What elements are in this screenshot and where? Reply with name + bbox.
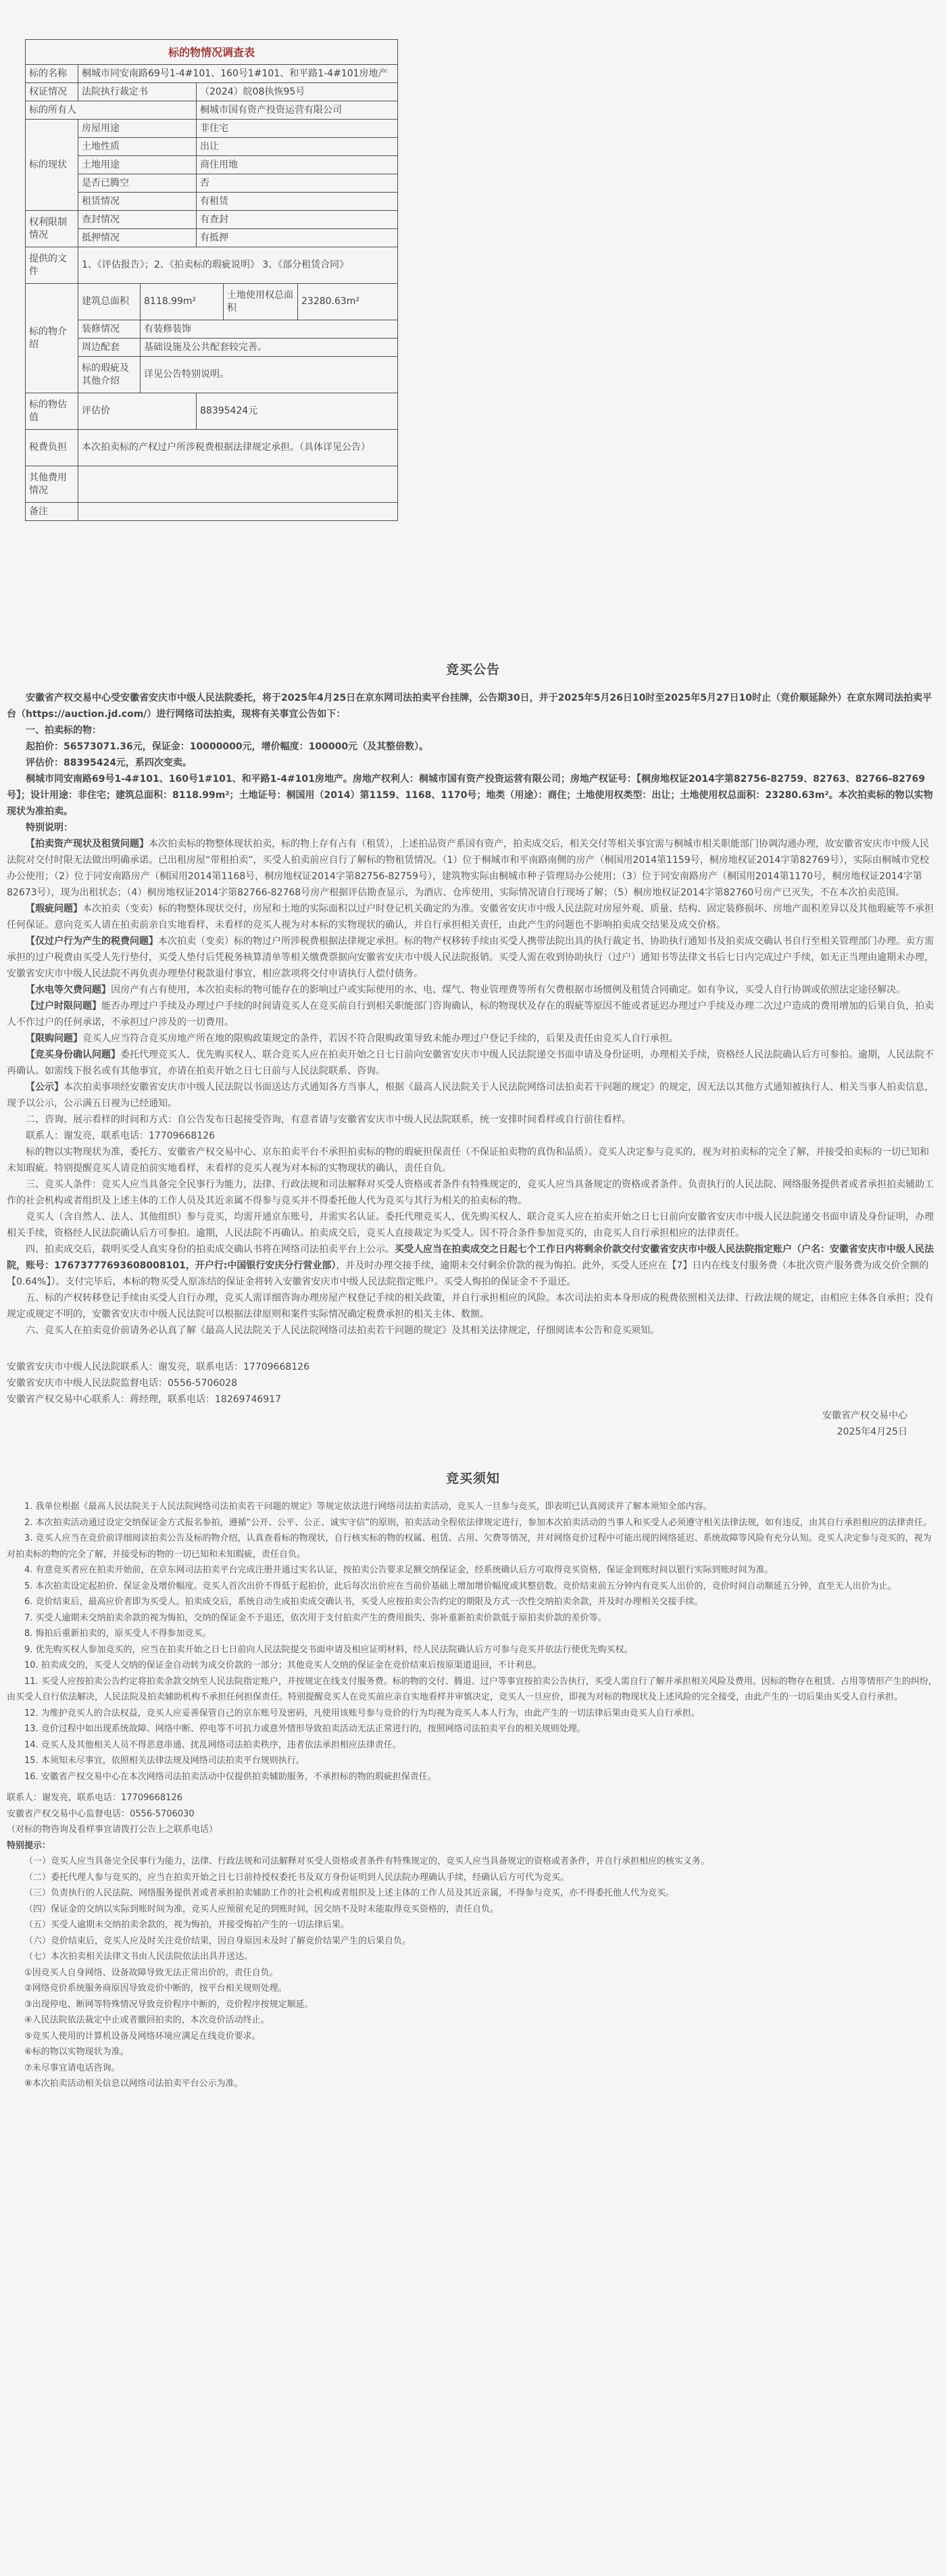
text-segment: 安徽省安庆市中级人民法院监督电话：0556-5706028 xyxy=(7,1378,237,1389)
paragraph: （对标的物咨询及看样事宜请拨打公告上之联系电话） xyxy=(7,1822,938,1838)
text-segment: 三、竞买人条件：竞买人应当具备完全民事行为能力，法律、行政法规和司法解释对买受人… xyxy=(7,1179,934,1206)
eval-value: 88395424元 xyxy=(197,393,398,430)
surrounding-label: 周边配套 xyxy=(78,339,141,357)
docs-value: 1、《评估报告》；2、《拍卖标的瑕疵说明》 3、《部分租赁合同》 xyxy=(78,247,398,284)
status-label: 土地用途 xyxy=(78,156,197,174)
text-segment: 五、标的产权转移登记手续由买受人自行办理，竞买人需详细咨询办理房屋产权登记手续的… xyxy=(7,1293,934,1320)
status-value: 有租赁 xyxy=(197,193,398,211)
eval-label: 评估价 xyxy=(78,393,197,430)
text-segment: ⑦未尽事宜请电话咨询。 xyxy=(24,2063,120,2073)
text-segment: 特别说明： xyxy=(26,822,73,833)
paragraph: 5. 本次拍卖设定起拍价、保证金及增价幅度。竞买人首次出价不得低于起拍价，此后每… xyxy=(7,1579,938,1595)
paragraph: 安徽省产权交易中心受安徽省安庆市中级人民法院委托，将于2025年4月25日在京东… xyxy=(7,690,938,722)
paragraph: 【仅过户行为产生的税费问题】本次拍卖（变卖）标的物过户所涉税费根据法律规定承担。… xyxy=(7,933,938,982)
text-segment: （五）买受人逾期未交纳拍卖余款的，视为悔拍，并接受悔拍产生的一切法律后果。 xyxy=(24,1920,349,1930)
paragraph: 3. 竞买人应当在竞价前详细阅读拍卖公告及标的物介绍，认真查看标的物现状，自行核… xyxy=(7,1531,938,1562)
area-label: 建筑总面积 xyxy=(78,284,141,320)
text-segment: 11. 买受人应按拍卖公告约定将拍卖余款交纳至人民法院指定账户，并按规定在线支付… xyxy=(7,1677,937,1703)
paragraph: 10. 拍卖成交的，买受人交纳的保证金自动转为成交价款的一部分；其他竞买人交纳的… xyxy=(7,1658,938,1674)
paragraph: 联系人：谢发亮，联系电话：17709668126 xyxy=(7,1128,938,1144)
paragraph: 安徽省安庆市中级人民法院监督电话：0556-5706028 xyxy=(7,1375,938,1391)
text-segment: （七）本次拍卖相关法律文书由人民法院依法出具并送达。 xyxy=(24,1952,253,1962)
text-segment: 起拍价：56573071.36元，保证金：10000000元，增价幅度：1000… xyxy=(26,741,428,752)
status-value: 商住用地 xyxy=(197,156,398,174)
remark-label: 备注 xyxy=(26,503,78,521)
cert-type: 法院执行裁定书 xyxy=(78,83,197,101)
paragraph: 8. 悔拍后重新拍卖的，原买受人不得参加竞买。 xyxy=(7,1626,938,1642)
rights-value: 有查封 xyxy=(197,211,398,229)
paragraph: ②网络竞价系统服务商原因导致竞价中断的，按平台相关规则处理。 xyxy=(7,1981,938,1997)
text-segment: ③出现停电、断网等特殊情况导致竞价程序中断的，竞价程序按规定顺延。 xyxy=(24,2000,314,2010)
paragraph: 【限购问题】竞买人应当符合竞买房地产所在地的限购政策规定的条件，若因不符合限购政… xyxy=(7,1031,938,1047)
paragraph: 2. 本次拍卖活动通过设定交纳保证金方式报名参拍，遵循“公开、公平、公正、诚实守… xyxy=(7,1515,938,1531)
text-segment: （三）负责执行的人民法院、网络服务提供者或者承担拍卖辅助工作的社会机构或者组织及… xyxy=(24,1888,674,1898)
paragraph: 4. 有意竞买者应在拍卖开始前，在京东网司法拍卖平台完成注册并通过实名认证，按拍… xyxy=(7,1562,938,1579)
paragraph: 六、竞买人在拍卖竞价前请务必认真了解《最高人民法院关于人民法院网络司法拍卖若干问… xyxy=(7,1322,938,1339)
owner-label: 标的所有人 xyxy=(26,101,197,120)
paragraph: 【竞买身份确认问题】委托代理竞买人、优先购买权人、联合竞买人应在拍卖开始之日七日… xyxy=(7,1047,938,1079)
paragraph: 【水电等欠费问题】因房产有占有使用，本次拍卖标的物可能存在的影响过户或实际使用的… xyxy=(7,982,938,998)
paragraph: 16. 安徽省产权交易中心在本次网络司法拍卖活动中仅提供拍卖辅助服务，不承担标的… xyxy=(7,1769,938,1785)
area-value: 8118.99m² xyxy=(141,284,224,320)
text-segment: （四）保证金的交纳以实际到账时间为准，竞买人应预留充足的到账时间，因交纳不及时未… xyxy=(24,1904,499,1914)
notice-body: 1. 我单位根据《最高人民法院关于人民法院网络司法拍卖若干问题的规定》等规定依法… xyxy=(0,1499,946,2092)
remark-value xyxy=(78,503,398,521)
text-segment: 9. 优先购买权人参加竞买的，应当在拍卖开始之日七日前向人民法院提交书面申请及相… xyxy=(24,1645,633,1655)
table-title: 标的物情况调查表 xyxy=(26,40,398,65)
text-segment: 安徽省安庆市中级人民法院联系人：谢发亮，联系电话：17709668126 xyxy=(7,1362,309,1372)
text-segment: 2025年4月25日 xyxy=(837,1427,907,1437)
text-segment: 安徽省产权交易中心 xyxy=(822,1410,907,1421)
paragraph: （二）委托代理人参与竞买的，应当在拍卖开始之日七日前持授权委托书及双方身份证明到… xyxy=(7,1870,938,1886)
text-segment: 12. 为维护竞买人的合法权益，竞买人应妥善保管自己的京东账号及密码，凡使用该账… xyxy=(24,1708,700,1718)
text-segment: 评估价：88395424元，系四次变卖。 xyxy=(26,758,192,768)
paragraph: ⑦未尽事宜请电话咨询。 xyxy=(7,2060,938,2077)
paragraph: 三、竞买人条件：竞买人应当具备完全民事行为能力，法律、行政法规和司法解释对买受人… xyxy=(7,1176,938,1209)
text-segment: 本次拍卖事项经安徽省安庆市中级人民法院以书面送达方式通知各方当事人，根据《最高人… xyxy=(7,1082,934,1109)
status-value: 出让 xyxy=(197,138,398,156)
defect-label: 标的瑕疵及其他介绍 xyxy=(78,357,141,393)
paragraph: ④人民法院依法裁定中止或者撤回拍卖的，本次竞价活动终止。 xyxy=(7,2012,938,2029)
text-segment: 【拍卖资产现状及租赁问题】 xyxy=(26,839,149,849)
paragraph: 【瑕疵问题】本次拍卖（变卖）标的物整体现状交付，房屋和土地的实际面积以过户时登记… xyxy=(7,901,938,933)
text-segment: ⑧本次拍卖活动相关信息以网络司法拍卖平台公示为准。 xyxy=(24,2079,243,2089)
text-segment: 【瑕疵问题】 xyxy=(26,903,82,914)
status-value: 否 xyxy=(197,174,398,193)
land-value: 23280.63m² xyxy=(298,284,398,320)
intro-group-label: 标的物介绍 xyxy=(26,284,78,393)
text-segment: 6. 竞价结束后，最高应价者即为买受人。拍卖成交后，系统自动生成拍卖成交确认书，… xyxy=(24,1597,703,1607)
paragraph: ⑥标的物以实物现状为准。 xyxy=(7,2044,938,2060)
paragraph: （五）买受人逾期未交纳拍卖余款的，视为悔拍，并接受悔拍产生的一切法律后果。 xyxy=(7,1917,938,1933)
status-group-label: 标的现状 xyxy=(26,120,78,211)
text-segment: ④人民法院依法裁定中止或者撤回拍卖的，本次竞价活动终止。 xyxy=(24,2015,270,2025)
paragraph: （一）竞买人应当具备完全民事行为能力，法律、行政法规和司法解释对买受人资格或者条… xyxy=(7,1854,938,1870)
paragraph: 标的物以实物现状为准，委托方、安徽省产权交易中心、京东拍卖平台不承担拍卖标的物的… xyxy=(7,1144,938,1176)
section-spacer xyxy=(0,521,946,660)
cert-label: 权证情况 xyxy=(26,83,78,101)
paragraph: 【拍卖资产现状及租赁问题】本次拍卖标的物整体现状拍卖，标的物上存有占有（租赁），… xyxy=(7,836,938,901)
paragraph: 7. 买受人逾期未交纳拍卖余款的视为悔拍，交纳的保证金不予退还，依次用于支付拍卖… xyxy=(7,1610,938,1627)
paragraph: 1. 我单位根据《最高人民法院关于人民法院网络司法拍卖若干问题的规定》等规定依法… xyxy=(7,1499,938,1515)
text-segment: 联系人：谢发亮，联系电话：17709668126 xyxy=(7,1793,182,1803)
paragraph: 13. 竞价过程中如出现系统故障、网络中断、停电等不可抗力或意外情形导致拍卖活动… xyxy=(7,1721,938,1737)
cert-no: （2024）皖08执恢95号 xyxy=(197,83,398,101)
text-segment: 5. 本次拍卖设定起拍价、保证金及增价幅度。竞买人首次出价不得低于起拍价，此后每… xyxy=(24,1581,897,1591)
paragraph: 特别提示： xyxy=(7,1838,938,1854)
paragraph: （四）保证金的交纳以实际到账时间为准，竞买人应预留充足的到账时间，因交纳不及时未… xyxy=(7,1902,938,1918)
subject-info-table: 标的物情况调查表 标的名称 桐城市同安南路69号1-4#101、160号1#10… xyxy=(25,39,398,521)
notice-title: 竞买须知 xyxy=(0,1468,946,1487)
decor-label: 装修情况 xyxy=(78,320,141,339)
paragraph: ①因竞买人自身网络、设备故障导致无法正常出价的，责任自负。 xyxy=(7,1965,938,1981)
paragraph: ⑤竞买人使用的计算机设备及网络环境应满足在线竞价要求。 xyxy=(7,2029,938,2045)
tax-label: 税费负担 xyxy=(26,430,78,466)
text-segment: 【公示】 xyxy=(26,1082,64,1093)
paragraph: （六）竞价结束后，竞买人应及时关注竞价结果，因自身原因未及时了解竞价结果产生的后… xyxy=(7,1933,938,1950)
text-segment: 委托代理竞买人、优先购买权人、联合竞买人应在拍卖开始之日七日前向安徽省安庆市中级… xyxy=(7,1049,934,1076)
section-spacer xyxy=(0,1440,946,1468)
auction-page: 标的物情况调查表 标的名称 桐城市同安南路69号1-4#101、160号1#10… xyxy=(0,0,946,2092)
text-segment: 【仅过户行为产生的税费问题】 xyxy=(26,936,158,947)
docs-label: 提供的文件 xyxy=(26,247,78,284)
tax-value: 本次拍卖标的产权过户所涉税费根据法律规定承担。（具体详见公告） xyxy=(78,430,398,466)
subject-name-value: 桐城市同安南路69号1-4#101、160号1#101、和平路1-4#101房地… xyxy=(78,65,398,83)
status-label: 房屋用途 xyxy=(78,120,197,138)
paragraph: 安徽省产权交易中心 xyxy=(7,1408,938,1424)
text-segment: 一、拍卖标的物： xyxy=(26,725,101,736)
text-segment: （六）竞价结束后，竞买人应及时关注竞价结果，因自身原因未及时了解竞价结果产生的后… xyxy=(24,1936,411,1946)
text-segment: 8. 悔拍后重新拍卖的，原买受人不得参加竞买。 xyxy=(24,1629,211,1639)
text-segment: 16. 安徽省产权交易中心在本次网络司法拍卖活动中仅提供拍卖辅助服务，不承担标的… xyxy=(24,1772,437,1782)
text-segment: 竞买人应当符合竞买房地产所在地的限购政策规定的条件，若因不符合限购政策导致未能办… xyxy=(82,1033,678,1044)
status-label: 租赁情况 xyxy=(78,193,197,211)
text-segment: 六、竞买人在拍卖竞价前请务必认真了解《最高人民法院关于人民法院网络司法拍卖若干问… xyxy=(26,1325,659,1336)
paragraph: 四、拍卖成交后，载明买受人真实身份的拍卖成交确认书将在网络司法拍卖平台上公示。买… xyxy=(7,1241,938,1290)
text-segment: 安徽省产权交易中心受安徽省安庆市中级人民法院委托，将于2025年4月25日在京东… xyxy=(7,693,932,720)
paragraph: 安徽省产权交易中心监督电话：0556-5706030 xyxy=(7,1806,938,1823)
text-segment: 14. 竞买人及其他相关人员不得恶意串通、扰乱网络司法拍卖秩序，违者依法承担相应… xyxy=(24,1740,401,1750)
text-segment: 【过户时限问题】 xyxy=(26,1001,101,1012)
paragraph: 竞买人（含自然人、法人、其他组织）参与竞买，均需开通京东账号，并需实名认证。委托… xyxy=(7,1209,938,1241)
paragraph: （三）负责执行的人民法院、网络服务提供者或者承担拍卖辅助工作的社会机构或者组织及… xyxy=(7,1885,938,1902)
paragraph: 6. 竞价结束后，最高应价者即为买受人。拍卖成交后，系统自动生成拍卖成交确认书，… xyxy=(7,1594,938,1610)
paragraph xyxy=(7,1339,938,1359)
text-segment: ⑥标的物以实物现状为准。 xyxy=(24,2047,129,2057)
text-segment: 因房产有占有使用，本次拍卖标的物可能存在的影响过户或实际使用的水、电、煤气、物业… xyxy=(111,985,905,995)
text-segment: 四、拍卖成交后，载明买受人真实身份的拍卖成交确认书将在网络司法拍卖平台上公示。 xyxy=(26,1244,395,1255)
text-segment: 3. 竞买人应当在竞价前详细阅读拍卖公告及标的物介绍，认真查看标的物现状，自行核… xyxy=(7,1533,932,1560)
text-segment: 特别提示： xyxy=(7,1841,51,1851)
owner-value: 桐城市国有资产投资运营有限公司 xyxy=(197,101,398,120)
text-segment: 联系人：谢发亮，联系电话：17709668126 xyxy=(26,1131,215,1141)
rights-value: 有抵押 xyxy=(197,229,398,247)
paragraph: 9. 优先购买权人参加竞买的，应当在拍卖开始之日七日前向人民法院提交书面申请及相… xyxy=(7,1642,938,1658)
text-segment: 7. 买受人逾期未交纳拍卖余款的视为悔拍，交纳的保证金不予退还，依次用于支付拍卖… xyxy=(24,1613,607,1623)
text-segment: 1. 我单位根据《最高人民法院关于人民法院网络司法拍卖若干问题的规定》等规定依法… xyxy=(24,1502,712,1512)
paragraph: 15. 本须知未尽事宜，依照相关法律法规及网络司法拍卖平台规则执行。 xyxy=(7,1753,938,1769)
text-segment: （一）竞买人应当具备完全民事行为能力，法律、行政法规和司法解释对买受人资格或者条… xyxy=(24,1856,709,1866)
paragraph: 11. 买受人应按拍卖公告约定将拍卖余款交纳至人民法院指定账户，并按规定在线支付… xyxy=(7,1674,938,1706)
rights-group-label: 权利限制情况 xyxy=(26,211,78,247)
status-label: 是否已腾空 xyxy=(78,174,197,193)
text-segment: 能否办理过户手续及办理过户手续的时间请竞买人在竞买前自行到相关职能部门咨询确认，… xyxy=(7,1001,934,1028)
other-fee-label: 其他费用情况 xyxy=(26,466,78,503)
text-segment: 桐城市同安南路69号1-4#101、160号1#101、和平路1-4#101房地… xyxy=(7,774,933,817)
value-group-label: 标的物估值 xyxy=(26,393,78,430)
decor-value: 有装修装饰 xyxy=(141,320,398,339)
paragraph: 2025年4月25日 xyxy=(7,1424,938,1440)
text-segment: 【竞买身份确认问题】 xyxy=(26,1049,120,1060)
subject-table-section: 标的物情况调查表 标的名称 桐城市同安南路69号1-4#101、160号1#10… xyxy=(0,0,946,521)
text-segment: 本次拍卖（变卖）标的物整体现状交付，房屋和土地的实际面积以过户时登记机关确定的为… xyxy=(7,903,934,931)
defect-value: 详见公告特别说明。 xyxy=(141,357,398,393)
paragraph: （七）本次拍卖相关法律文书由人民法院依法出具并送达。 xyxy=(7,1949,938,1965)
text-segment: （二）委托代理人参与竞买的，应当在拍卖开始之日七日前持授权委托书及双方身份证明到… xyxy=(24,1873,569,1883)
status-value: 非住宅 xyxy=(197,120,398,138)
paragraph: 一、拍卖标的物： xyxy=(7,722,938,739)
text-segment: 竞买人（含自然人、法人、其他组织）参与竞买，均需开通京东账号，并需实名认证。委托… xyxy=(7,1212,934,1239)
text-segment: 2. 本次拍卖活动通过设定交纳保证金方式报名参拍，遵循“公开、公平、公正、诚实守… xyxy=(24,1518,932,1528)
surrounding-value: 基础设施及公共配套较完善。 xyxy=(141,339,398,357)
paragraph: 12. 为维护竞买人的合法权益，竞买人应妥善保管自己的京东账号及密码，凡使用该账… xyxy=(7,1706,938,1722)
text-segment: 二、咨询、展示看样的时间和方式：自公告发布日起接受咨询，有意者请与安徽省安庆市中… xyxy=(26,1114,631,1125)
text-segment: 标的物以实物现状为准，委托方、安徽省产权交易中心、京东拍卖平台不承担拍卖标的物的… xyxy=(7,1147,929,1174)
paragraph: 特别说明： xyxy=(7,820,938,836)
paragraph: ⑧本次拍卖活动相关信息以网络司法拍卖平台公示为准。 xyxy=(7,2076,938,2092)
paragraph: 安徽省产权交易中心联系人：蒋经理，联系电话：18269746917 xyxy=(7,1391,938,1408)
text-segment: 15. 本须知未尽事宜，依照相关法律法规及网络司法拍卖平台规则执行。 xyxy=(24,1756,305,1766)
paragraph: 联系人：谢发亮，联系电话：17709668126 xyxy=(7,1790,938,1806)
announcement-title: 竞买公告 xyxy=(0,660,946,678)
rights-label: 查封情况 xyxy=(78,211,197,229)
paragraph: 14. 竞买人及其他相关人员不得恶意串通、扰乱网络司法拍卖秩序，违者依法承担相应… xyxy=(7,1737,938,1754)
text-segment: ②网络竞价系统服务商原因导致竞价中断的，按平台相关规则处理。 xyxy=(24,1983,287,1993)
land-label: 土地使用权总面积 xyxy=(224,284,298,320)
text-segment: 13. 竞价过程中如出现系统故障、网络中断、停电等不可抗力或意外情形导致拍卖活动… xyxy=(24,1724,586,1734)
announcement-body: 安徽省产权交易中心受安徽省安庆市中级人民法院委托，将于2025年4月25日在京东… xyxy=(0,690,946,1440)
paragraph: 安徽省安庆市中级人民法院联系人：谢发亮，联系电话：17709668126 xyxy=(7,1359,938,1375)
text-segment: 【水电等欠费问题】 xyxy=(26,985,111,995)
paragraph: 评估价：88395424元，系四次变卖。 xyxy=(7,755,938,771)
subject-name-label: 标的名称 xyxy=(26,65,78,83)
text-segment: （对标的物咨询及看样事宜请拨打公告上之联系电话） xyxy=(7,1825,218,1835)
paragraph: ③出现停电、断网等特殊情况导致竞价程序中断的，竞价程序按规定顺延。 xyxy=(7,1997,938,2013)
paragraph: 二、咨询、展示看样的时间和方式：自公告发布日起接受咨询，有意者请与安徽省安庆市中… xyxy=(7,1112,938,1128)
paragraph: 【公示】本次拍卖事项经安徽省安庆市中级人民法院以书面送达方式通知各方当事人，根据… xyxy=(7,1079,938,1112)
paragraph: 【过户时限问题】能否办理过户手续及办理过户手续的时间请竞买人在竞买前自行到相关职… xyxy=(7,998,938,1031)
paragraph: 起拍价：56573071.36元，保证金：10000000元，增价幅度：1000… xyxy=(7,739,938,755)
paragraph: 五、标的产权转移登记手续由买受人自行办理，竞买人需详细咨询办理房屋产权登记手续的… xyxy=(7,1290,938,1322)
paragraph: 桐城市同安南路69号1-4#101、160号1#101、和平路1-4#101房地… xyxy=(7,771,938,820)
text-segment: 安徽省产权交易中心监督电话：0556-5706030 xyxy=(7,1809,195,1819)
status-label: 土地性质 xyxy=(78,138,197,156)
rights-label: 抵押情况 xyxy=(78,229,197,247)
text-segment: ⑤竞买人使用的计算机设备及网络环境应满足在线竞价要求。 xyxy=(24,2031,261,2041)
other-fee-value xyxy=(78,466,398,503)
text-segment: 安徽省产权交易中心联系人：蒋经理，联系电话：18269746917 xyxy=(7,1394,281,1405)
paragraph xyxy=(7,1785,938,1790)
text-segment: 【限购问题】 xyxy=(26,1033,82,1044)
text-segment: ①因竞买人自身网络、设备故障导致无法正常出价的，责任自负。 xyxy=(24,1968,278,1978)
text-segment: 4. 有意竞买者应在拍卖开始前，在京东网司法拍卖平台完成注册并通过实名认证，按拍… xyxy=(24,1565,774,1575)
text-segment: 10. 拍卖成交的，买受人交纳的保证金自动转为成交价款的一部分；其他竞买人交纳的… xyxy=(24,1660,542,1670)
